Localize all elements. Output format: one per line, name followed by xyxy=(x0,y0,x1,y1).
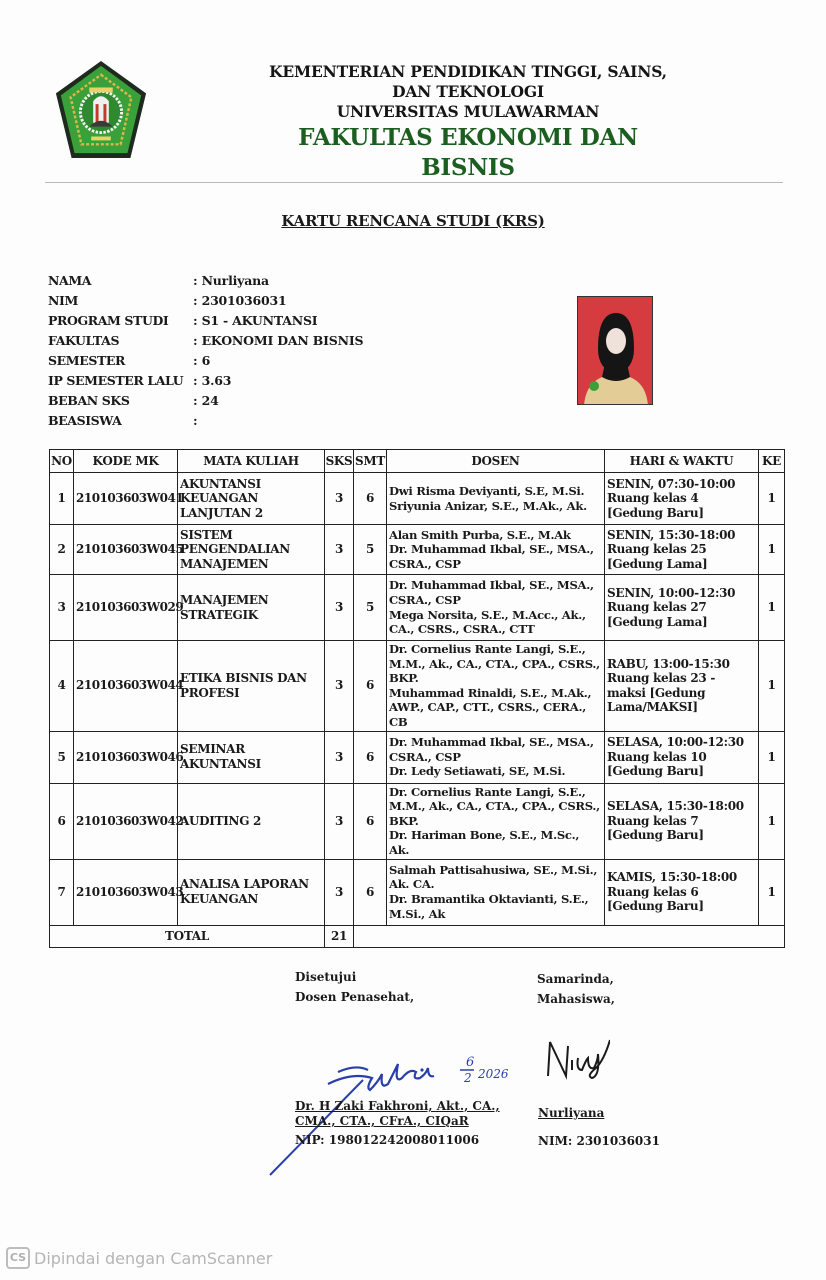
total-row: TOTAL 21 xyxy=(50,925,785,947)
lecturer-name: Salmah Pattisahusiwa, SE., M.Si., Ak. CA… xyxy=(389,863,602,892)
cell-dosen: Dwi Risma Deviyanti, S.E, M.Si.Sriyunia … xyxy=(387,473,605,525)
university-name: UNIVERSITAS MULAWARMAN xyxy=(262,102,674,122)
schedule-time: SENIN, 15:30-18:00 xyxy=(607,528,756,543)
cell-kode-mk: 210103603W029 xyxy=(74,575,178,641)
header-sks: SKS xyxy=(325,450,354,473)
cell-smt: 5 xyxy=(354,575,387,641)
info-label: FAKULTAS xyxy=(48,332,193,352)
header-dosen: DOSEN xyxy=(387,450,605,473)
info-label: SEMESTER xyxy=(48,352,193,372)
header-ke: KE xyxy=(759,450,785,473)
cell-smt: 6 xyxy=(354,473,387,525)
header-hari-waktu: HARI & WAKTU xyxy=(605,450,759,473)
cell-ke: 1 xyxy=(759,783,785,859)
cell-kode-mk: 210103603W046 xyxy=(74,731,178,783)
lecturer-name: Alan Smith Purba, S.E., M.Ak xyxy=(389,528,602,543)
info-value: : 2301036031 xyxy=(193,292,287,312)
info-value: : EKONOMI DAN BISNIS xyxy=(193,332,363,352)
info-label: BEASISWA xyxy=(48,412,193,432)
schedule-room: Ruang kelas 25 [Gedung Lama] xyxy=(607,542,756,571)
info-value: : Nurliyana xyxy=(193,272,269,292)
schedule-time: SELASA, 15:30-18:00 xyxy=(607,799,756,814)
cell-no: 5 xyxy=(50,731,74,783)
info-row-ip-semester-lalu: IP SEMESTER LALU: 3.63 xyxy=(48,372,363,392)
student-photo xyxy=(577,296,653,405)
ministry-line-2: DAN TEKNOLOGI xyxy=(262,82,674,102)
schedule-room: Ruang kelas 6 [Gedung Baru] xyxy=(607,885,756,914)
schedule-time: SENIN, 07:30-10:00 xyxy=(607,477,756,492)
cell-mata-kuliah: AUDITING 2 xyxy=(178,783,325,859)
table-row: 6210103603W042AUDITING 236Dr. Cornelius … xyxy=(50,783,785,859)
total-label: TOTAL xyxy=(50,925,325,947)
cell-kode-mk: 210103603W045 xyxy=(74,525,178,575)
schedule-room: Ruang kelas 23 - maksi [Gedung Lama/MAKS… xyxy=(607,671,756,715)
cell-mata-kuliah: SISTEM PENGENDALIAN MANAJEMEN xyxy=(178,525,325,575)
cell-no: 7 xyxy=(50,859,74,925)
cell-sks: 3 xyxy=(325,731,354,783)
table-row: 4210103603W044ETIKA BISNIS DAN PROFESI36… xyxy=(50,641,785,732)
cell-smt: 6 xyxy=(354,859,387,925)
cell-ke: 1 xyxy=(759,525,785,575)
info-label: PROGRAM STUDI xyxy=(48,312,193,332)
info-row-nim: NIM: 2301036031 xyxy=(48,292,363,312)
table-row: 3210103603W029MANAJEMEN STRATEGIK35Dr. M… xyxy=(50,575,785,641)
cell-dosen: Alan Smith Purba, S.E., M.AkDr. Muhammad… xyxy=(387,525,605,575)
cell-hari-waktu: SELASA, 10:00-12:30Ruang kelas 10 [Gedun… xyxy=(605,731,759,783)
student-info: NAMA: Nurliyana NIM: 2301036031 PROGRAM … xyxy=(48,272,363,432)
cell-smt: 6 xyxy=(354,783,387,859)
header-kode-mk: KODE MK xyxy=(74,450,178,473)
university-crest-icon xyxy=(52,58,150,164)
cell-mata-kuliah: ETIKA BISNIS DAN PROFESI xyxy=(178,641,325,732)
place-label: Samarinda, xyxy=(537,970,615,990)
schedule-time: KAMIS, 15:30-18:00 xyxy=(607,870,756,885)
info-row-semester: SEMESTER: 6 xyxy=(48,352,363,372)
total-empty xyxy=(354,925,785,947)
cell-smt: 6 xyxy=(354,641,387,732)
cell-ke: 1 xyxy=(759,575,785,641)
cell-mata-kuliah: SEMINAR AKUNTANSI xyxy=(178,731,325,783)
cell-dosen: Dr. Muhammad Ikbal, SE., MSA., CSRA., CS… xyxy=(387,575,605,641)
schedule-time: SENIN, 10:00-12:30 xyxy=(607,586,756,601)
info-value: : xyxy=(193,412,197,432)
cell-kode-mk: 210103603W042 xyxy=(74,783,178,859)
person-portrait-icon xyxy=(578,297,653,405)
advisor-approval-block: Disetujui Dosen Penasehat, xyxy=(295,968,414,1008)
faculty-name: FAKULTAS EKONOMI DAN BISNIS xyxy=(262,123,674,183)
cell-hari-waktu: KAMIS, 15:30-18:00Ruang kelas 6 [Gedung … xyxy=(605,859,759,925)
info-label: IP SEMESTER LALU xyxy=(48,372,193,392)
cell-mata-kuliah: MANAJEMEN STRATEGIK xyxy=(178,575,325,641)
info-row-beban-sks: BEBAN SKS: 24 xyxy=(48,392,363,412)
cell-mata-kuliah: ANALISA LAPORAN KEUANGAN xyxy=(178,859,325,925)
lecturer-name: Sriyunia Anizar, S.E., M.Ak., Ak. xyxy=(389,499,602,514)
info-value: : S1 - AKUNTANSI xyxy=(193,312,317,332)
header-smt: SMT xyxy=(354,450,387,473)
student-role-label: Mahasiswa, xyxy=(537,990,615,1010)
document-title: KARTU RENCANA STUDI (KRS) xyxy=(0,212,826,230)
cell-no: 1 xyxy=(50,473,74,525)
cell-kode-mk: 210103603W041 xyxy=(74,473,178,525)
lecturer-name: Dr. Muhammad Ikbal, SE., MSA., CSRA., CS… xyxy=(389,542,602,571)
cell-sks: 3 xyxy=(325,525,354,575)
advisor-role-label: Dosen Penasehat, xyxy=(295,988,414,1008)
table-row: 7210103603W043ANALISA LAPORAN KEUANGAN36… xyxy=(50,859,785,925)
info-label: NIM xyxy=(48,292,193,312)
cell-ke: 1 xyxy=(759,641,785,732)
lecturer-name: Dr. Hariman Bone, S.E., M.Sc., Ak. xyxy=(389,828,602,857)
lecturer-name: Dr. Cornelius Rante Langi, S.E., M.M., A… xyxy=(389,642,602,686)
cell-hari-waktu: SENIN, 15:30-18:00Ruang kelas 25 [Gedung… xyxy=(605,525,759,575)
cell-hari-waktu: SELASA, 15:30-18:00Ruang kelas 7 [Gedung… xyxy=(605,783,759,859)
student-name: Nurliyana xyxy=(538,1106,604,1121)
cell-no: 2 xyxy=(50,525,74,575)
table-row: 2210103603W045SISTEM PENGENDALIAN MANAJE… xyxy=(50,525,785,575)
schedule-room: Ruang kelas 27 [Gedung Lama] xyxy=(607,600,756,629)
cell-hari-waktu: SENIN, 10:00-12:30Ruang kelas 27 [Gedung… xyxy=(605,575,759,641)
cell-sks: 3 xyxy=(325,783,354,859)
header-mata-kuliah: MATA KULIAH xyxy=(178,450,325,473)
cell-kode-mk: 210103603W044 xyxy=(74,641,178,732)
info-row-fakultas: FAKULTAS: EKONOMI DAN BISNIS xyxy=(48,332,363,352)
info-value: : 3.63 xyxy=(193,372,231,392)
cell-hari-waktu: SENIN, 07:30-10:00Ruang kelas 4 [Gedung … xyxy=(605,473,759,525)
schedule-room: Ruang kelas 7 [Gedung Baru] xyxy=(607,814,756,843)
cell-mata-kuliah: AKUNTANSI KEUANGAN LANJUTAN 2 xyxy=(178,473,325,525)
info-row-beasiswa: BEASISWA: xyxy=(48,412,363,432)
info-value: : 6 xyxy=(193,352,210,372)
cell-no: 4 xyxy=(50,641,74,732)
handwritten-date-month: 2 xyxy=(463,1071,472,1085)
info-label: BEBAN SKS xyxy=(48,392,193,412)
table-row: 5210103603W046SEMINAR AKUNTANSI36Dr. Muh… xyxy=(50,731,785,783)
schedule-time: RABU, 13:00-15:30 xyxy=(607,657,756,672)
advisor-nip: NIP: 198012242008011006 xyxy=(295,1133,479,1147)
handwritten-date-day: 6 xyxy=(466,1055,474,1070)
cell-smt: 6 xyxy=(354,731,387,783)
cell-sks: 3 xyxy=(325,859,354,925)
cell-kode-mk: 210103603W043 xyxy=(74,859,178,925)
lecturer-name: Mega Norsita, S.E., M.Acc., Ak., CA., CS… xyxy=(389,608,602,637)
student-sign-block: Samarinda, Mahasiswa, xyxy=(537,970,615,1010)
student-nim: NIM: 2301036031 xyxy=(538,1134,660,1148)
approved-label: Disetujui xyxy=(295,968,414,988)
cell-dosen: Salmah Pattisahusiwa, SE., M.Si., Ak. CA… xyxy=(387,859,605,925)
cell-ke: 1 xyxy=(759,473,785,525)
camscanner-watermark: CS Dipindai dengan CamScanner xyxy=(6,1247,272,1269)
lecturer-name: Dr. Bramantika Oktavianti, S.E., M.Si., … xyxy=(389,892,602,921)
cell-hari-waktu: RABU, 13:00-15:30Ruang kelas 23 - maksi … xyxy=(605,641,759,732)
lecturer-name: Muhammad Rinaldi, S.E., M.Ak., AWP., CAP… xyxy=(389,686,602,730)
watermark-text: Dipindai dengan CamScanner xyxy=(34,1249,272,1268)
schedule-time: SELASA, 10:00-12:30 xyxy=(607,735,756,750)
table-row: 1210103603W041AKUNTANSI KEUANGAN LANJUTA… xyxy=(50,473,785,525)
header-divider xyxy=(45,182,783,183)
cell-dosen: Dr. Muhammad Ikbal, SE., MSA., CSRA., CS… xyxy=(387,731,605,783)
cell-no: 6 xyxy=(50,783,74,859)
lecturer-name: Dr. Muhammad Ikbal, SE., MSA., CSRA., CS… xyxy=(389,578,602,607)
camscanner-icon: CS xyxy=(6,1247,30,1269)
info-label: NAMA xyxy=(48,272,193,292)
krs-table: NO KODE MK MATA KULIAH SKS SMT DOSEN HAR… xyxy=(49,449,785,948)
student-signature-icon xyxy=(540,1032,610,1090)
cell-ke: 1 xyxy=(759,731,785,783)
schedule-room: Ruang kelas 4 [Gedung Baru] xyxy=(607,491,756,520)
ministry-line-1: KEMENTERIAN PENDIDIKAN TINGGI, SAINS, xyxy=(262,62,674,82)
info-row-program-studi: PROGRAM STUDI: S1 - AKUNTANSI xyxy=(48,312,363,332)
lecturer-name: Dwi Risma Deviyanti, S.E, M.Si. xyxy=(389,484,602,499)
cell-dosen: Dr. Cornelius Rante Langi, S.E., M.M., A… xyxy=(387,783,605,859)
table-header-row: NO KODE MK MATA KULIAH SKS SMT DOSEN HAR… xyxy=(50,450,785,473)
cell-sks: 3 xyxy=(325,473,354,525)
lecturer-name: Dr. Muhammad Ikbal, SE., MSA., CSRA., CS… xyxy=(389,735,602,764)
header-no: NO xyxy=(50,450,74,473)
lecturer-name: Dr. Cornelius Rante Langi, S.E., M.M., A… xyxy=(389,785,602,829)
info-value: : 24 xyxy=(193,392,219,412)
total-sks: 21 xyxy=(325,925,354,947)
cell-dosen: Dr. Cornelius Rante Langi, S.E., M.M., A… xyxy=(387,641,605,732)
info-row-nama: NAMA: Nurliyana xyxy=(48,272,363,292)
cell-no: 3 xyxy=(50,575,74,641)
cell-sks: 3 xyxy=(325,641,354,732)
lecturer-name: Dr. Ledy Setiawati, SE, M.Si. xyxy=(389,764,602,779)
letterhead: KEMENTERIAN PENDIDIKAN TINGGI, SAINS, DA… xyxy=(262,62,674,183)
advisor-name: Dr. H Zaki Fakhroni, Akt., CA., CMA., CT… xyxy=(295,1099,535,1129)
handwritten-date-year: 2026 xyxy=(477,1067,509,1081)
cell-ke: 1 xyxy=(759,859,785,925)
cell-smt: 5 xyxy=(354,525,387,575)
cell-sks: 3 xyxy=(325,575,354,641)
schedule-room: Ruang kelas 10 [Gedung Baru] xyxy=(607,750,756,779)
